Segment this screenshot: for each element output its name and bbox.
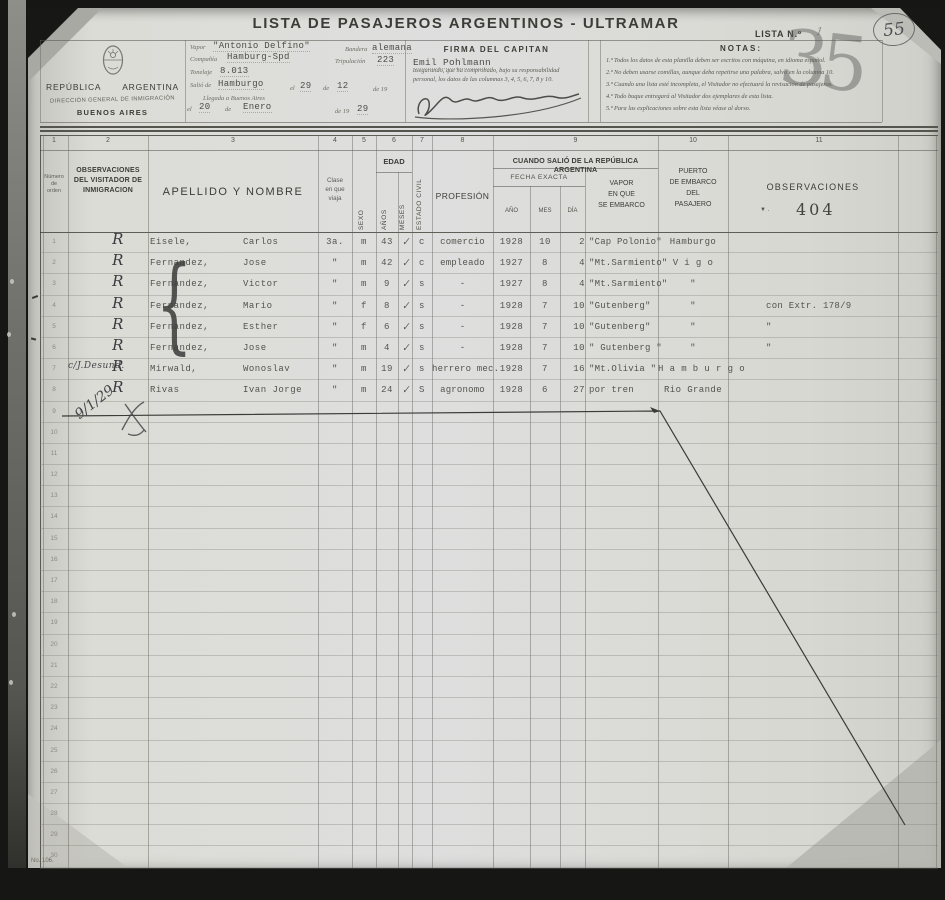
dust-speck — [10, 279, 14, 284]
scanned-passenger-list-photo: { "meta": { "title": "LISTA DE PASAJEROS… — [0, 0, 945, 900]
hand-flourish — [120, 400, 150, 436]
document-page: LISTA DE PASAJEROS ARGENTINOS - ULTRAMAR… — [28, 8, 941, 868]
book-page-edge — [8, 0, 26, 868]
dust-speck — [7, 332, 11, 337]
closing-line — [28, 8, 941, 868]
dust-speck — [9, 680, 13, 685]
pencil-archive-number: 35 — [775, 11, 866, 109]
dust-speck — [12, 612, 16, 617]
form-number: No. 106. — [31, 858, 54, 864]
